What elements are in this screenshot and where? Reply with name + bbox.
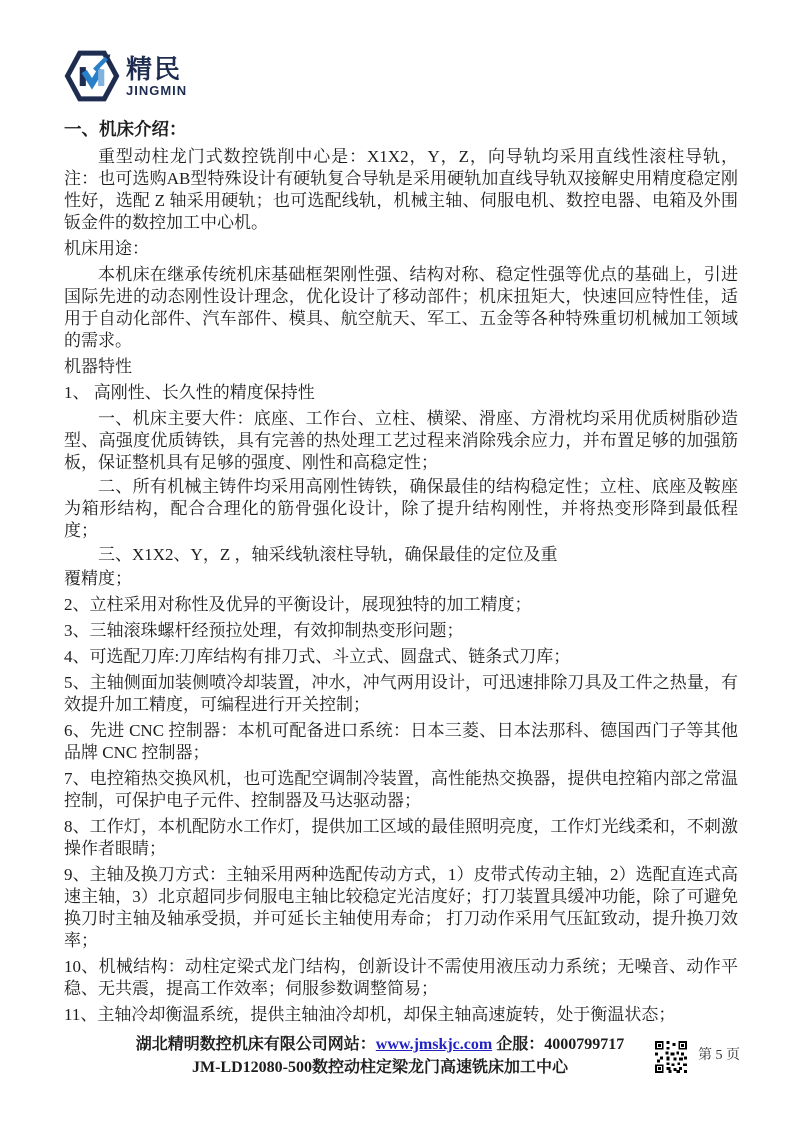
features-heading: 机器特性: [64, 356, 738, 378]
footer-company-text: 湖北精明数控机床有限公司网站：: [136, 1036, 376, 1053]
website-link[interactable]: www.jmskjc.com: [376, 1036, 492, 1053]
feature-item: 9、主轴及换刀方式：主轴采用两种选配传动方式，1）皮带式传动主轴，2）选配直连式…: [64, 864, 738, 952]
feature-item: 覆精度；: [64, 568, 738, 590]
feature-item: 7、电控箱热交换风机，也可选配空调制冷装置，高性能热交换器，提供电控箱内部之常温…: [64, 768, 738, 812]
usage-heading: 机床用途：: [64, 238, 738, 260]
feature-item: 8、工作灯，本机配防水工作灯，提供加工区域的最佳照明亮度，工作灯光线柔和，不刺激…: [64, 816, 738, 860]
feature-item: 4、可选配刀库:刀库结构有排刀式、斗立式、圆盘式、链条式刀库；: [64, 646, 738, 668]
page-footer: 湖北精明数控机床有限公司网站：www.jmskjc.com 企服：4000799…: [0, 1034, 800, 1104]
usage-paragraph: 本机床在继承传统机床基础框架刚性强、结构对称、稳定性强等优点的基础上，引进国际先…: [64, 264, 738, 352]
logo-hexagon-icon: [64, 47, 120, 105]
logo-text-cn: 精民: [126, 56, 187, 82]
feature-item: 一、机床主要大件：底座、工作台、立柱、横梁、滑座、方滑枕均采用优质树脂砂造型、高…: [64, 408, 738, 474]
feature-item: 二、所有机械主铸件均采用高刚性铸铁，确保最佳的结构稳定性；立柱、底座及鞍座为箱形…: [64, 476, 738, 542]
footer-product-line: JM-LD12080-500数控动柱定梁龙门高速铣床加工中心: [80, 1056, 680, 1080]
feature-item: 3、三轴滚珠螺杆经预拉处理，有效抑制热变形问题；: [64, 620, 738, 642]
feature-item: 10、机械结构：动柱定梁式龙门结构，创新设计不需使用液压动力系统；无噪音、动作平…: [64, 956, 738, 1000]
document-body: 精民 JINGMIN 一、机床介绍： 重型动柱龙门式数控铣削中心是：X1X2，Y…: [64, 46, 738, 1030]
feature-item: 6、先进 CNC 控制器：本机可配备进口系统：日本三菱、日本法那科、德国西门子等…: [64, 720, 738, 764]
intro-paragraph: 重型动柱龙门式数控铣削中心是：X1X2，Y，Z，向导轨均采用直线性滚柱导轨，注：…: [64, 146, 738, 234]
page-number: 第 5 页: [698, 1044, 740, 1064]
intro-heading: 一、机床介绍：: [64, 118, 738, 141]
logo-text-en: JINGMIN: [126, 84, 187, 97]
feature-item: 三、X1X2、Y，Z ，轴采线轨滚柱导轨，确保最佳的定位及重: [64, 544, 738, 566]
feature-item: 5、主轴侧面加装侧喷冷却装置，冲水，冲气两用设计，可迅速排除刀具及工件之热量，有…: [64, 672, 738, 716]
qr-code: [655, 1041, 687, 1073]
footer-service-text: 企服：4000799717: [492, 1036, 624, 1053]
feature-item: 2、立柱采用对称性及优异的平衡设计，展现独特的加工精度；: [64, 594, 738, 616]
footer-company-line: 湖北精明数控机床有限公司网站：www.jmskjc.com 企服：4000799…: [80, 1034, 680, 1056]
jingmin-logo: 精民 JINGMIN: [64, 46, 738, 106]
feature-item: 1、 高刚性、长久性的精度保持性: [64, 382, 738, 404]
feature-item: 11、主轴冷却衡温系统，提供主轴油冷却机，却保主轴高速旋转，处于衡温状态；: [64, 1004, 738, 1026]
